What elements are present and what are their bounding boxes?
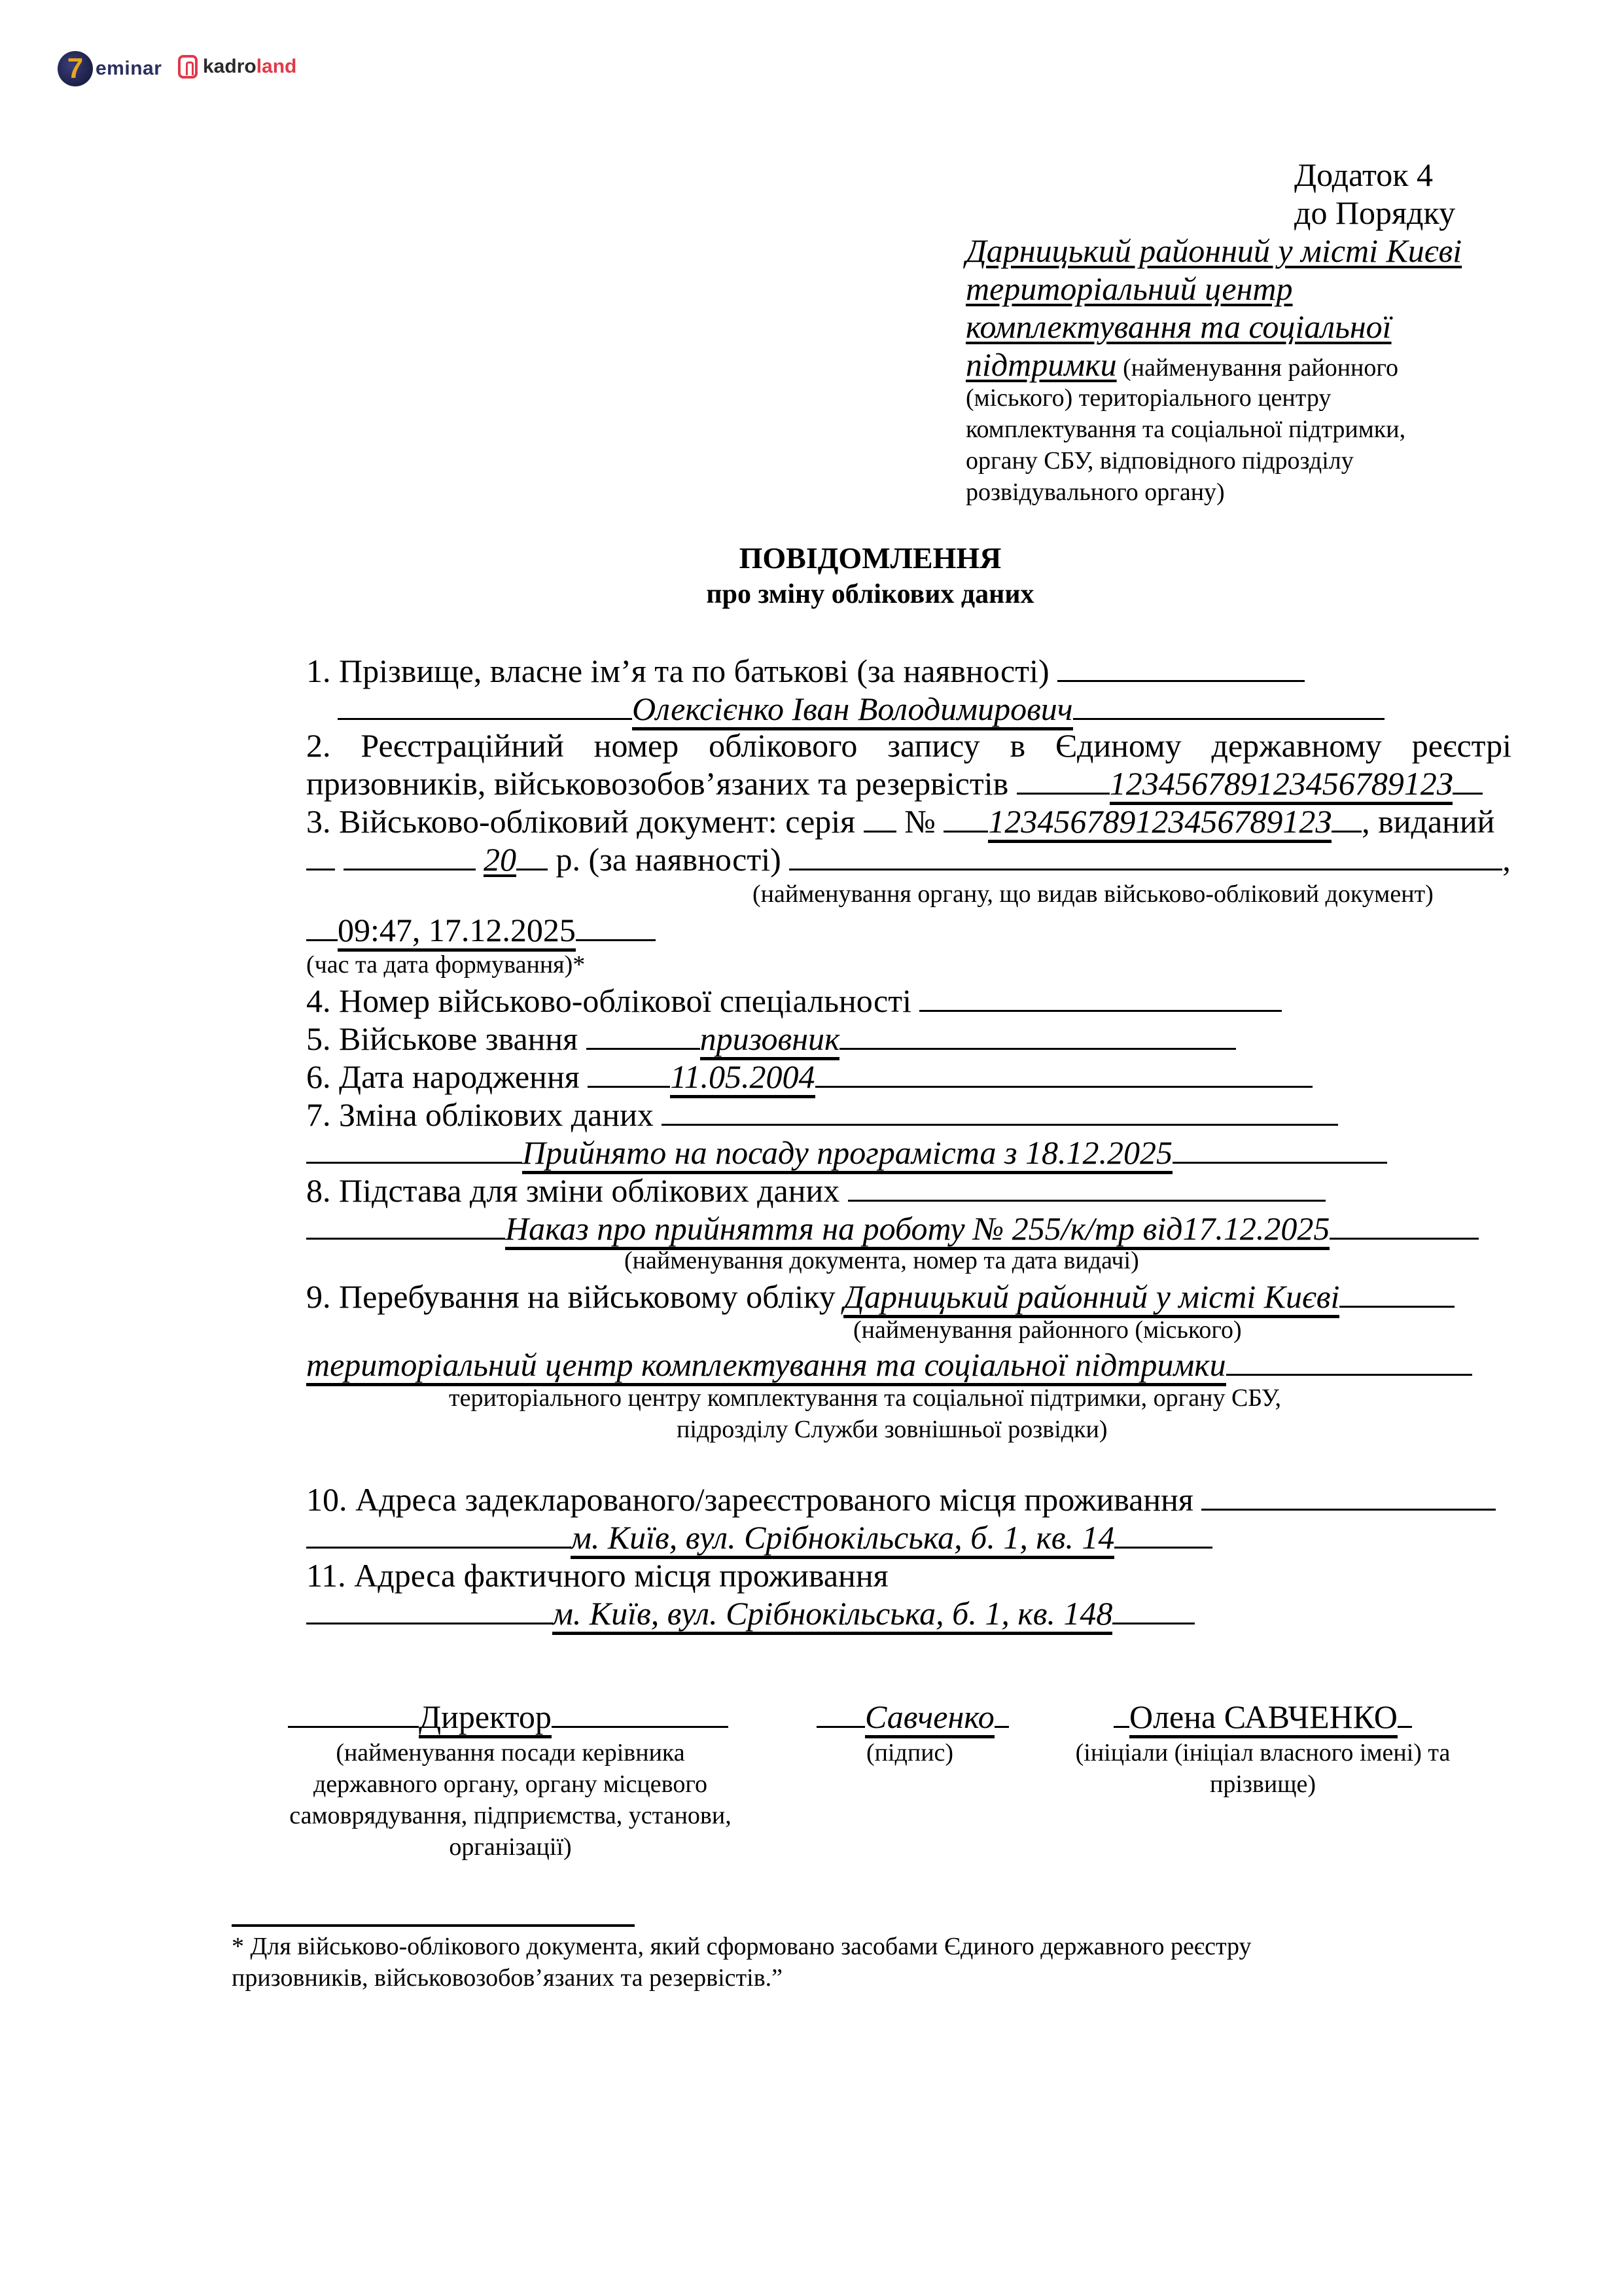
field-8-hint: (найменування документа, номер та дата в… [624, 1245, 1139, 1276]
field-7-value-row: Прийнято на посаду програміста з 18.12.2… [306, 1134, 1387, 1172]
issue-year-suffix: р. (за наявності) [556, 841, 781, 878]
field-9-hint-2: територіального центру комплектування та… [449, 1382, 1281, 1414]
signatory-name-value[interactable]: Олена САВЧЕНКО [1129, 1698, 1398, 1738]
name-hint-2: прізвище) [1047, 1768, 1479, 1800]
full-name-value[interactable]: Олексієнко Іван Володимирович [632, 691, 1073, 730]
issuer-comma: , [1502, 841, 1511, 878]
field-4-label: 4. Номер військово-облікової спеціальнос… [306, 982, 911, 1019]
name-row: Олена САВЧЕНКО [1114, 1698, 1412, 1736]
field-7-label: 7. Зміна облікових даних [306, 1096, 654, 1133]
name-hint-1: (ініціали (ініціал власного імені) та [1047, 1737, 1479, 1768]
birth-date-value[interactable]: 11.05.2004 [670, 1058, 815, 1098]
signature-row: Савченко [817, 1698, 1009, 1736]
number-sign: № [904, 803, 936, 840]
change-basis-value[interactable]: Наказ про прийняття на роботу № 255/к/тр… [505, 1210, 1330, 1250]
addressee-hint-5: розвідувального органу) [966, 476, 1225, 508]
field-8-row: 8. Підстава для зміни облікових даних [306, 1172, 1326, 1210]
field-11-row: 11. Адреса фактичного місця проживання [306, 1556, 889, 1594]
addressee-line-4: підтримки (найменування районного [966, 346, 1398, 384]
field-10-value-row: м. Київ, вул. Срібнокільська, б. 1, кв. … [306, 1518, 1212, 1556]
addressee-hint-2: (міського) територіального центру [966, 382, 1331, 414]
footnote-line-2: призовників, військовозобов’язаних та ре… [232, 1962, 783, 1994]
field-11-value-row: м. Київ, вул. Срібнокільська, б. 1, кв. … [306, 1594, 1195, 1632]
registration-office-value-1[interactable]: Дарницький районний у місті Києві [843, 1278, 1339, 1318]
seminar-logo: 7 eminar [58, 51, 162, 86]
registered-address-value[interactable]: м. Київ, вул. Срібнокільська, б. 1, кв. … [571, 1519, 1114, 1559]
military-rank-value[interactable]: призовник [700, 1020, 840, 1060]
issue-month-field[interactable] [344, 869, 476, 870]
footnote-separator [232, 1924, 635, 1927]
field-3-issue-row: 20 р. (за наявності) , [306, 840, 1511, 878]
document-title: ПОВІДОМЛЕННЯ [0, 541, 1624, 575]
formation-datetime-value[interactable]: 09:47, 17.12.2025 [338, 912, 576, 952]
field-10-label: 10. Адреса задекларованого/зареєстровано… [306, 1481, 1193, 1518]
field-8-value-row: Наказ про прийняття на роботу № 255/к/тр… [306, 1210, 1479, 1247]
field-9-hint-3: підрозділу Служби зовнішньої розвідки) [677, 1414, 1108, 1445]
specialty-number-field[interactable] [919, 1010, 1282, 1012]
field-2-label-line-1: 2. Реєстраційний номер облікового запису… [306, 726, 1511, 764]
field-11-label: 11. Адреса фактичного місця проживання [306, 1557, 889, 1594]
field-10-row: 10. Адреса задекларованого/зареєстровано… [306, 1480, 1496, 1518]
position-value[interactable]: Директор [419, 1698, 552, 1738]
field-4-row: 4. Номер військово-облікової спеціальнос… [306, 982, 1282, 1020]
kadroland-logo: kadroland [178, 55, 296, 79]
field-9-row: 9. Перебування на військовому обліку Дар… [306, 1278, 1455, 1316]
position-hint-3: самоврядування, підприємства, установи, [262, 1800, 759, 1831]
addressee-line-3: комплектування та соціальної [966, 308, 1392, 346]
addressee-hint-4: органу СБУ, відповідного підрозділу [966, 445, 1354, 476]
field-8-label: 8. Підстава для зміни облікових даних [306, 1172, 839, 1209]
kadroland-logo-text: kadroland [203, 56, 296, 78]
field-5-row: 5. Військове звання призовник [306, 1020, 1236, 1058]
issued-label: , виданий [1362, 803, 1494, 840]
issuer-hint: (найменування органу, що видав військово… [752, 878, 1434, 910]
field-3-row: 3. Військово-обліковий документ: серія №… [306, 802, 1494, 840]
addressee-line-2: територіальний центр [966, 270, 1293, 308]
position-hint-1: (найменування посади керівника [262, 1737, 759, 1768]
field-3-label: 3. Військово-обліковий документ: серія [306, 803, 855, 840]
signature-hint: (підпис) [866, 1737, 953, 1768]
signature-value[interactable]: Савченко [865, 1698, 995, 1738]
registration-number-value[interactable]: 12345678912345678912З [1110, 765, 1453, 805]
footnote-line-1: * Для військово-облікового документа, як… [232, 1931, 1252, 1962]
addressee-line-1: Дарницький районний у місті Києві [966, 232, 1462, 270]
field-1-row: 1. Прізвище, власне ім’я та по батькові … [306, 652, 1305, 690]
position-row: Директор [288, 1698, 728, 1736]
addressee-hint-1: (найменування районного [1117, 354, 1398, 382]
datetime-row: 09:47, 17.12.2025 [306, 911, 656, 949]
registration-office-value-2[interactable]: територіальний центр комплектування та с… [306, 1346, 1226, 1386]
field-5-label: 5. Військове звання [306, 1020, 578, 1057]
series-field[interactable] [864, 831, 896, 833]
field-6-label: 6. Дата народження [306, 1058, 580, 1095]
field-7-row: 7. Зміна облікових даних [306, 1096, 1338, 1134]
field-2-label-line-2: призовників, військовозобов’язаних та ре… [306, 765, 1008, 802]
field-1-label: 1. Прізвище, власне ім’я та по батькові … [306, 653, 1050, 689]
issuer-field[interactable] [789, 869, 1502, 870]
document-subtitle: про зміну облікових даних [0, 579, 1624, 610]
field-2-row: призовників, військовозобов’язаних та ре… [306, 764, 1483, 802]
issue-year-field[interactable] [516, 869, 548, 870]
issue-year-prefix: 20 [484, 841, 516, 878]
field-9-label: 9. Перебування на військовому обліку [306, 1278, 836, 1315]
field-6-row: 6. Дата народження 11.05.2004 [306, 1058, 1313, 1096]
position-hint-4: організації) [262, 1831, 759, 1863]
field-9-value-row-2: територіальний центр комплектування та с… [306, 1346, 1472, 1384]
document-number-value[interactable]: 12345678912345678912З [988, 803, 1332, 843]
field-9-hint-1: (найменування районного (міського) [853, 1314, 1242, 1346]
to-order-label: до Порядку [1294, 194, 1455, 232]
position-hint-2: державного органу, органу місцевого [262, 1768, 759, 1800]
seminar-badge-icon: 7 [58, 51, 93, 86]
datetime-hint: (час та дата формування)* [306, 949, 585, 980]
kadroland-logo-icon [178, 55, 198, 79]
seminar-logo-text: eminar [96, 58, 162, 80]
issue-day-field[interactable] [306, 869, 335, 870]
appendix-label: Додаток 4 [1294, 156, 1433, 194]
field-1-value-row: Олексієнко Іван Володимирович [338, 690, 1385, 728]
addressee-hint-3: комплектування та соціальної підтримки, [966, 414, 1405, 445]
actual-address-value[interactable]: м. Київ, вул. Срібнокільська, б. 1, кв. … [552, 1595, 1112, 1635]
data-change-value[interactable]: Прийнято на посаду програміста з 18.12.2… [522, 1134, 1173, 1174]
